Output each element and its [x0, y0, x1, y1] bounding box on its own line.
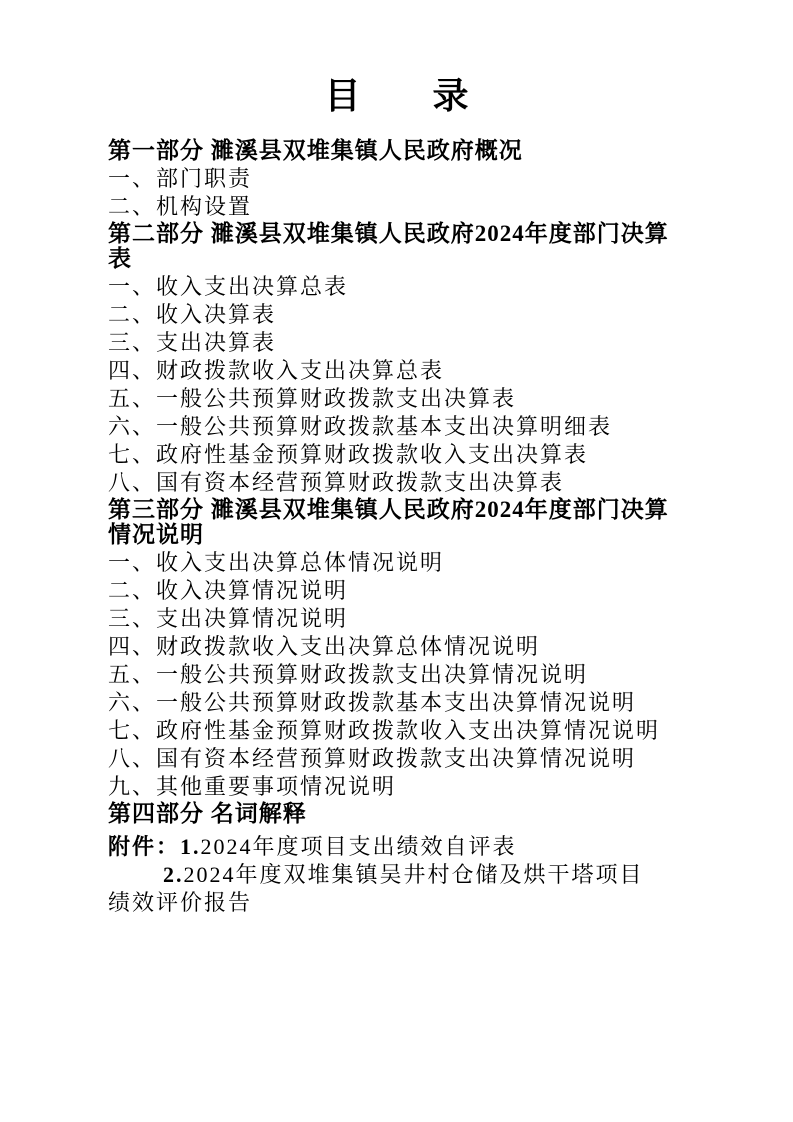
attachment-number: 1.	[180, 834, 201, 859]
toc-item: 三、支出决算表	[108, 329, 714, 357]
toc-item: 六、一般公共预算财政拨款基本支出决算明细表	[108, 413, 714, 441]
toc-item: 六、一般公共预算财政拨款基本支出决算情况说明	[108, 689, 714, 717]
section-3-items: 一、收入支出决算总体情况说明 二、收入决算情况说明 三、支出决算情况说明 四、财…	[108, 549, 714, 801]
toc-item: 二、机构设置	[108, 193, 714, 221]
toc-item: 二、收入决算表	[108, 301, 714, 329]
toc-item: 二、收入决算情况说明	[108, 577, 714, 605]
attachment-line-2: 2.2024年度双堆集镇吴井村仓储及烘干塔项目 绩效评价报告	[108, 861, 714, 917]
section-2-items: 一、收入支出决算总表 二、收入决算表 三、支出决算表 四、财政拨款收入支出决算总…	[108, 273, 714, 497]
toc-section-1: 第一部分 濉溪县双堆集镇人民政府概况 一、部门职责 二、机构设置	[108, 138, 714, 221]
toc-content: 第一部分 濉溪县双堆集镇人民政府概况 一、部门职责 二、机构设置 第二部分 濉溪…	[108, 138, 714, 917]
attachment-title: 2024年度项目支出绩效自评表	[201, 834, 517, 859]
toc-item: 四、财政拨款收入支出决算总体情况说明	[108, 633, 714, 661]
section-3-heading: 第三部分 濉溪县双堆集镇人民政府2024年度部门决算 情况说明	[108, 497, 714, 547]
toc-section-2: 第二部分 濉溪县双堆集镇人民政府2024年度部门决算 表 一、收入支出决算总表 …	[108, 221, 714, 497]
attachments-label: 附件：	[108, 834, 180, 859]
section-1-items: 一、部门职责 二、机构设置	[108, 165, 714, 221]
toc-item: 七、政府性基金预算财政拨款收入支出决算表	[108, 441, 714, 469]
attachments: 附件：1.2024年度项目支出绩效自评表 2.2024年度双堆集镇吴井村仓储及烘…	[108, 833, 714, 917]
toc-item: 八、国有资本经营预算财政拨款支出决算情况说明	[108, 745, 714, 773]
toc-item: 七、政府性基金预算财政拨款收入支出决算情况说明	[108, 717, 714, 745]
toc-item: 五、一般公共预算财政拨款支出决算情况说明	[108, 661, 714, 689]
toc-item: 一、收入支出决算总体情况说明	[108, 549, 714, 577]
toc-item: 一、收入支出决算总表	[108, 273, 714, 301]
toc-section-4: 第四部分 名词解释	[108, 801, 714, 826]
toc-item: 九、其他重要事项情况说明	[108, 773, 714, 801]
document-page: 目 录 第一部分 濉溪县双堆集镇人民政府概况 一、部门职责 二、机构设置 第二部…	[0, 0, 793, 1122]
toc-item: 八、国有资本经营预算财政拨款支出决算表	[108, 469, 714, 497]
page-title: 目 录	[0, 0, 793, 116]
toc-item: 三、支出决算情况说明	[108, 605, 714, 633]
toc-item: 五、一般公共预算财政拨款支出决算表	[108, 385, 714, 413]
section-2-heading: 第二部分 濉溪县双堆集镇人民政府2024年度部门决算 表	[108, 221, 714, 271]
section-4-heading: 第四部分 名词解释	[108, 801, 714, 826]
attachment-title: 2024年度双堆集镇吴井村仓储及烘干塔项目 绩效评价报告	[108, 862, 644, 915]
toc-item: 一、部门职责	[108, 165, 714, 193]
section-1-heading: 第一部分 濉溪县双堆集镇人民政府概况	[108, 138, 714, 163]
toc-section-3: 第三部分 濉溪县双堆集镇人民政府2024年度部门决算 情况说明 一、收入支出决算…	[108, 497, 714, 801]
toc-item: 四、财政拨款收入支出决算总表	[108, 357, 714, 385]
attachment-line-1: 附件：1.2024年度项目支出绩效自评表	[108, 833, 714, 861]
attachment-number: 2.	[163, 862, 184, 887]
